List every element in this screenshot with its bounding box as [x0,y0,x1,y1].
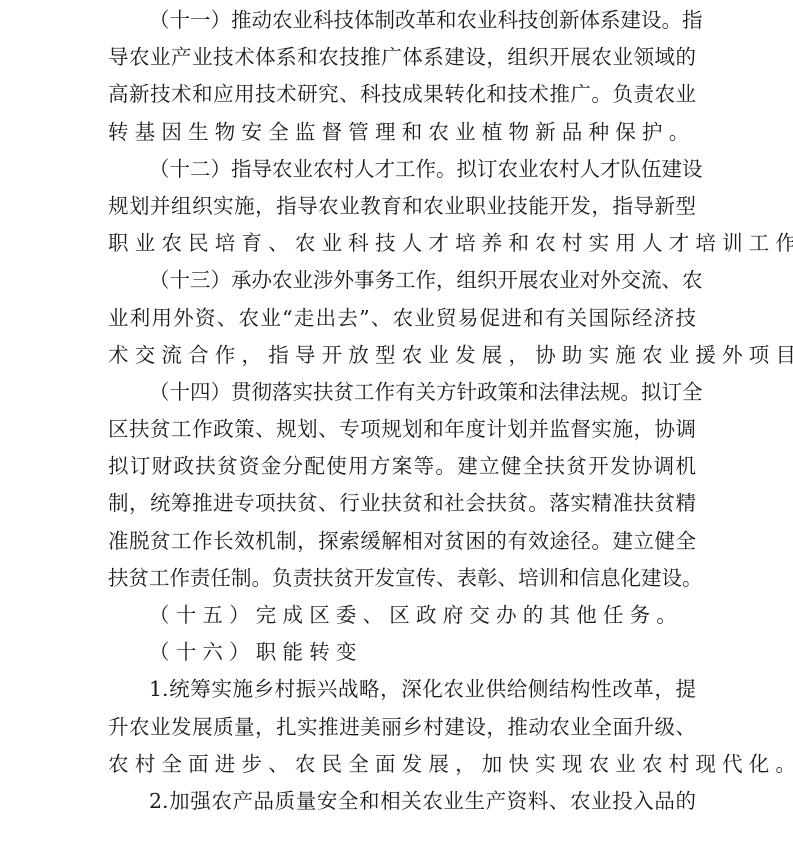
paragraph-item-15: （十五）完成区委、区政府交办的其他任务。 [108,597,696,634]
text-line: （十一）推动农业科技体制改革和农业科技创新体系建设。指 [108,2,696,39]
paragraph-item-11: （十一）推动农业科技体制改革和农业科技创新体系建设。指 导农业产业技术体系和农技… [108,2,696,151]
document-page: （十一）推动农业科技体制改革和农业科技创新体系建设。指 导农业产业技术体系和农技… [108,2,696,820]
paragraph-item-12: （十二）指导农业农村人才工作。拟订农业农村人才队伍建设 规划并组织实施，指导农业… [108,151,696,263]
text-line: 农村全面进步、农民全面发展，加快实现农业农村现代化。 [108,746,696,783]
text-line: 准脱贫工作长效机制，探索缓解相对贫困的有效途径。建立健全 [108,523,696,560]
text-line: 转基因生物安全监督管理和农业植物新品种保护。 [108,114,696,151]
text-line: 升农业发展质量，扎实推进美丽乡村建设，推动农业全面升级、 [108,709,696,746]
section-heading: （十六）职能转变 [108,634,696,671]
text-line: 术交流合作，指导开放型农业发展，协助实施农业援外项目。 [108,337,696,374]
text-line: 业利用外资、农业“走出去”、农业贸易促进和有关国际经济技 [108,300,696,337]
paragraph-item-16-1: 1.统筹实施乡村振兴战略，深化农业供给侧结构性改革，提 升农业发展质量，扎实推进… [108,671,696,783]
paragraph-item-16: （十六）职能转变 [108,634,696,671]
text-line: 职业农民培育、农业科技人才培养和农村实用人才培训工作。 [108,225,696,262]
text-line: （十三）承办农业涉外事务工作，组织开展农业对外交流、农 [108,262,696,299]
text-line: （十二）指导农业农村人才工作。拟订农业农村人才队伍建设 [108,151,696,188]
text-line: 2.加强农产品质量安全和相关农业生产资料、农业投入品的 [108,783,696,820]
text-line: 制，统筹推进专项扶贫、行业扶贫和社会扶贫。落实精准扶贫精 [108,485,696,522]
paragraph-item-13: （十三）承办农业涉外事务工作，组织开展农业对外交流、农 业利用外资、农业“走出去… [108,262,696,374]
text-line: 区扶贫工作政策、规划、专项规划和年度计划并监督实施，协调 [108,411,696,448]
text-line: 规划并组织实施，指导农业教育和农业职业技能开发，指导新型 [108,188,696,225]
text-line: 扶贫工作责任制。负责扶贫开发宣传、表彰、培训和信息化建设。 [108,560,696,597]
text-line: 1.统筹实施乡村振兴战略，深化农业供给侧结构性改革，提 [108,671,696,708]
text-line: 导农业产业技术体系和农技推广体系建设，组织开展农业领域的 [108,39,696,76]
text-line: （十四）贯彻落实扶贫工作有关方针政策和法律法规。拟订全 [108,374,696,411]
text-line: 高新技术和应用技术研究、科技成果转化和技术推广。负责农业 [108,76,696,113]
paragraph-item-14: （十四）贯彻落实扶贫工作有关方针政策和法律法规。拟订全 区扶贫工作政策、规划、专… [108,374,696,597]
paragraph-item-16-2: 2.加强农产品质量安全和相关农业生产资料、农业投入品的 [108,783,696,820]
text-line: （十五）完成区委、区政府交办的其他任务。 [108,597,696,634]
text-line: 拟订财政扶贫资金分配使用方案等。建立健全扶贫开发协调机 [108,448,696,485]
